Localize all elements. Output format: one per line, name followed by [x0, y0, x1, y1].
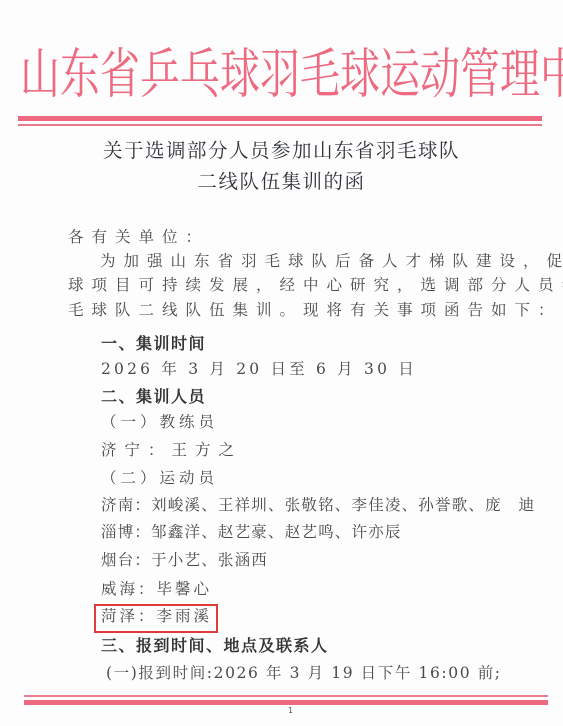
masthead-char: 球: [340, 48, 380, 102]
intro-line-2: 球项目可持续发展，经中心研究，选调部分人员参加山东省羽: [68, 278, 563, 294]
masthead-char: 羽: [260, 48, 300, 102]
coach-row-jining: 济宁：王方之: [101, 443, 242, 459]
intro-line-3: 毛球队二线队伍集训。现将有关事项函告如下：: [68, 303, 562, 319]
athlete-row-yantai: 烟台：于小艺、张涵西: [101, 553, 268, 569]
masthead-char: 运: [380, 48, 420, 102]
athlete-row-weihai: 威海：毕馨心: [101, 582, 212, 598]
footer-rule-thick: [24, 700, 548, 705]
masthead-char: 球: [220, 48, 260, 102]
masthead-rule-thick: [18, 116, 542, 121]
section-2-heading: 二、集训人员: [101, 389, 206, 405]
masthead-char: 省: [100, 48, 140, 102]
section-1-heading: 一、集训时间: [101, 336, 206, 352]
masthead-char: 理: [500, 48, 540, 102]
masthead-char: 山: [20, 48, 60, 102]
athlete-row-heze: 菏泽：李雨溪: [101, 609, 212, 625]
masthead-char: 乒: [140, 48, 180, 102]
coaches-heading: （一）教练员: [101, 415, 218, 431]
intro-line-1: 为加强山东省羽毛球队后备人才梯队建设，促进我省羽毛: [100, 254, 563, 270]
footer-rule-thin: [24, 695, 548, 697]
athlete-row-zibo: 淄博：邹鑫洋、赵艺豪、赵艺鸣、许亦辰: [101, 525, 402, 541]
athlete-row-jinan: 济南：刘峻溪、王祥圳、张敬铭、李佳凌、孙誉歌、庞 迪: [101, 498, 535, 514]
page-number: 1: [288, 706, 293, 715]
masthead-char: 乓: [180, 48, 220, 102]
salutation: 各有关单位：: [68, 230, 209, 246]
masthead-char: 毛: [300, 48, 340, 102]
masthead-title: 山 东 省 乒 乓 球 羽 毛 球 运 动 管 理 中 心: [20, 44, 540, 106]
masthead-char: 管: [460, 48, 500, 102]
report-time: (一)报到时间:2026 年 3 月 19 日下午 16:00 前;: [106, 666, 502, 682]
document-title-line-2: 二线队伍集训的函: [0, 172, 563, 192]
masthead-char: 动: [420, 48, 460, 102]
training-period: 2026 年 3 月 20 日至 6 月 30 日: [101, 362, 417, 378]
masthead-rule-thin: [18, 124, 542, 126]
athletes-heading: （二）运动员: [101, 471, 218, 487]
section-3-heading: 三、报到时间、地点及联系人: [101, 638, 329, 654]
masthead-char: 东: [60, 48, 100, 102]
document-title-line-1: 关于选调部分人员参加山东省羽毛球队: [0, 141, 563, 161]
masthead-char: 中: [540, 48, 563, 102]
